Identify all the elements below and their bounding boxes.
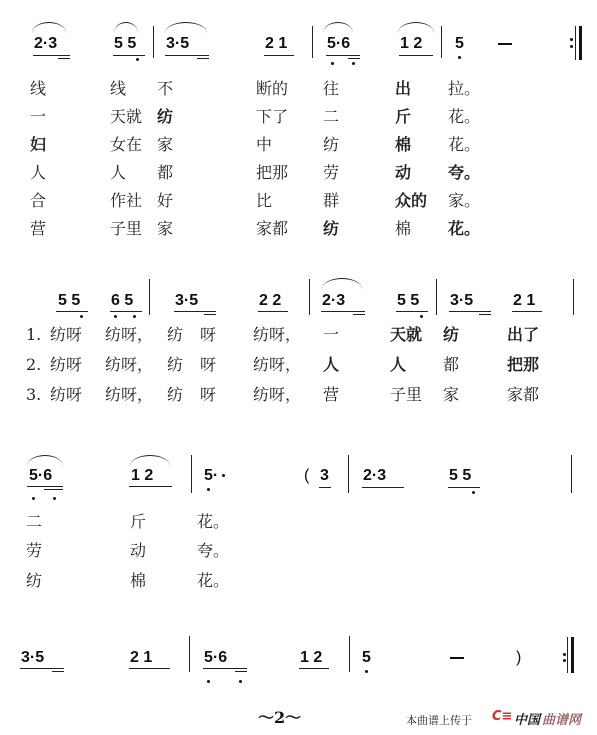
barline bbox=[191, 455, 192, 493]
lyric: 不 bbox=[157, 80, 173, 98]
lyric: 纺呀 bbox=[50, 356, 82, 374]
lyric: 呀 bbox=[200, 356, 216, 374]
lyric: 合 bbox=[30, 192, 46, 210]
lyric: 花。 bbox=[448, 136, 480, 154]
slur bbox=[114, 22, 138, 33]
lyric: 动 bbox=[130, 542, 146, 560]
underline bbox=[174, 311, 216, 312]
underline bbox=[264, 55, 294, 56]
note-group: 5·6 bbox=[327, 35, 350, 53]
repeat-dot bbox=[570, 45, 573, 48]
lyric: 家都 bbox=[507, 386, 539, 404]
dash bbox=[498, 43, 512, 45]
slur bbox=[323, 22, 353, 33]
underline bbox=[204, 314, 216, 315]
lyric: 家 bbox=[157, 136, 173, 154]
augmentation-dot bbox=[222, 474, 225, 477]
underline bbox=[362, 487, 404, 488]
note-group: 3·5 bbox=[175, 292, 198, 310]
lyric: 纺 bbox=[167, 386, 183, 404]
lyric: 线 bbox=[110, 80, 126, 98]
final-barline bbox=[571, 637, 574, 673]
lyric: 纺呀， bbox=[105, 356, 153, 374]
note-group: 2 1 bbox=[265, 35, 287, 53]
lyric: 营 bbox=[323, 386, 339, 404]
lyric: 都 bbox=[157, 164, 173, 182]
low-octave-dot bbox=[207, 680, 210, 683]
lyric: 纺呀， bbox=[105, 386, 153, 404]
lyric: 斤 bbox=[130, 513, 146, 531]
low-octave-dot bbox=[53, 497, 56, 500]
verse-number: 3. bbox=[26, 386, 41, 404]
lyric: 天就 bbox=[390, 326, 422, 344]
lyric: 劳 bbox=[323, 164, 339, 182]
low-octave-dot bbox=[207, 488, 210, 491]
slur bbox=[398, 22, 434, 33]
note-group: 2·3 bbox=[322, 292, 345, 310]
lyric: 线 bbox=[30, 80, 46, 98]
lyric: 花。 bbox=[448, 220, 480, 238]
lyric: 纺呀， bbox=[253, 356, 301, 374]
low-octave-dot bbox=[80, 315, 83, 318]
lyric: 出 bbox=[395, 80, 411, 98]
lyric: 夸。 bbox=[448, 164, 480, 182]
low-octave-dot bbox=[365, 670, 368, 673]
note-group: 2 2 bbox=[259, 292, 281, 310]
low-octave-dot bbox=[331, 62, 334, 65]
lyric: 一 bbox=[323, 326, 339, 344]
lyric: 女在 bbox=[110, 136, 142, 154]
lyric: 人 bbox=[30, 164, 46, 182]
underline bbox=[52, 671, 64, 672]
underline bbox=[110, 311, 142, 312]
slur bbox=[27, 455, 63, 466]
lyric: 好 bbox=[157, 192, 173, 210]
lyric: 二 bbox=[26, 513, 42, 531]
lyric: 营 bbox=[30, 220, 46, 238]
repeat-dot bbox=[563, 659, 566, 662]
verse-number: 1. bbox=[26, 326, 41, 344]
lyric: 纺 bbox=[26, 572, 42, 590]
lyric: 夸。 bbox=[197, 542, 229, 560]
paren-open: ( bbox=[304, 467, 309, 485]
underline bbox=[129, 486, 172, 487]
note-group: 5·6 bbox=[29, 467, 52, 485]
lyric: 出了 bbox=[507, 326, 539, 344]
note: 3 bbox=[320, 467, 329, 485]
page-number: ～2～ bbox=[258, 705, 301, 728]
lyric: 纺 bbox=[443, 326, 459, 344]
barline bbox=[575, 26, 576, 60]
upload-notice: 本曲谱上传于 bbox=[406, 712, 472, 728]
lyric: 动 bbox=[395, 164, 411, 182]
underline bbox=[113, 55, 145, 56]
underline bbox=[353, 314, 365, 315]
low-octave-dot bbox=[32, 497, 35, 500]
underline bbox=[258, 311, 288, 312]
lyric: 都 bbox=[443, 356, 459, 374]
low-octave-dot bbox=[472, 491, 475, 494]
underline bbox=[479, 314, 491, 315]
underline bbox=[203, 668, 247, 669]
slur bbox=[165, 22, 207, 33]
lyric: 家 bbox=[443, 386, 459, 404]
barline bbox=[312, 26, 313, 58]
barline bbox=[349, 636, 350, 672]
underline bbox=[197, 58, 209, 59]
lyric: 往 bbox=[323, 80, 339, 98]
underline bbox=[165, 55, 209, 56]
barline bbox=[436, 279, 437, 315]
underline bbox=[449, 311, 491, 312]
underline bbox=[399, 55, 433, 56]
lyric: 作社 bbox=[110, 192, 142, 210]
repeat-dot bbox=[570, 38, 573, 41]
underline bbox=[512, 311, 542, 312]
note-group: 5 5 bbox=[114, 35, 136, 53]
slur bbox=[130, 455, 170, 466]
note-group: 2 1 bbox=[130, 649, 152, 667]
note-group: 1 2 bbox=[400, 35, 422, 53]
note-group: 5 5 bbox=[58, 292, 80, 310]
lyric: 断的 bbox=[256, 80, 288, 98]
note-group: 3·5 bbox=[166, 35, 189, 53]
lyric: 中 bbox=[256, 136, 272, 154]
note-group: 1 2 bbox=[300, 649, 322, 667]
lyric: 子里 bbox=[390, 386, 422, 404]
lyric: 一 bbox=[30, 108, 46, 126]
lyric: 把那 bbox=[507, 356, 539, 374]
lyric: 拉。 bbox=[448, 80, 480, 98]
low-octave-dot bbox=[114, 315, 117, 318]
site-logo-text-b: 曲谱网 bbox=[542, 709, 581, 728]
lyric: 纺 bbox=[167, 326, 183, 344]
barline bbox=[189, 636, 190, 672]
barline bbox=[441, 26, 442, 58]
low-octave-dot bbox=[352, 62, 355, 65]
barline bbox=[309, 279, 310, 315]
lyric: 天就 bbox=[110, 108, 142, 126]
low-octave-dot bbox=[458, 56, 461, 59]
low-octave-dot bbox=[133, 315, 136, 318]
lyric: 人 bbox=[323, 356, 339, 374]
lyric: 花。 bbox=[197, 513, 229, 531]
barline bbox=[153, 26, 154, 58]
lyric: 人 bbox=[110, 164, 126, 182]
barline bbox=[573, 279, 574, 315]
lyric: 呀 bbox=[200, 386, 216, 404]
underline bbox=[56, 311, 88, 312]
note-group: 5 5 bbox=[449, 467, 471, 485]
note-group: 2·3 bbox=[34, 35, 57, 53]
lyric: 纺 bbox=[323, 220, 339, 238]
lyric: 纺 bbox=[323, 136, 339, 154]
lyric: 群 bbox=[323, 192, 339, 210]
lyric: 妇 bbox=[30, 136, 46, 154]
underline bbox=[235, 671, 247, 672]
lyric: 纺 bbox=[167, 356, 183, 374]
lyric: 家 bbox=[157, 220, 173, 238]
note: 5 bbox=[455, 35, 464, 53]
lyric: 众的 bbox=[395, 192, 427, 210]
lyric: 下了 bbox=[256, 108, 288, 126]
lyric: 二 bbox=[323, 108, 339, 126]
underline bbox=[299, 668, 329, 669]
lyric: 纺呀 bbox=[50, 326, 82, 344]
note-group: 2 1 bbox=[513, 292, 535, 310]
dash bbox=[450, 657, 464, 659]
underline bbox=[27, 486, 63, 487]
note-group: 1 2 bbox=[131, 467, 153, 485]
lyric: 家。 bbox=[448, 192, 480, 210]
underline bbox=[44, 489, 63, 490]
barline bbox=[348, 455, 349, 493]
note-group: 3·5 bbox=[450, 292, 473, 310]
barline bbox=[149, 279, 150, 315]
lyric: 花。 bbox=[197, 572, 229, 590]
barline bbox=[571, 455, 572, 493]
site-logo-icon: C≡ bbox=[492, 709, 512, 724]
lyric: 比 bbox=[256, 192, 272, 210]
note: 5 bbox=[362, 649, 371, 667]
underline bbox=[321, 311, 365, 312]
lyric: 棉 bbox=[130, 572, 146, 590]
lyric: 呀 bbox=[200, 326, 216, 344]
repeat-dot bbox=[563, 653, 566, 656]
lyric: 斤 bbox=[395, 108, 411, 126]
lyric: 纺呀 bbox=[50, 386, 82, 404]
underline bbox=[20, 668, 64, 669]
note-group: 3·5 bbox=[21, 649, 44, 667]
underline bbox=[326, 55, 360, 56]
underline bbox=[129, 668, 170, 669]
lyric: 棉 bbox=[395, 136, 411, 154]
note-group: 2·3 bbox=[363, 467, 386, 485]
low-octave-dot bbox=[420, 315, 423, 318]
final-barline bbox=[579, 26, 582, 60]
lyric: 纺呀， bbox=[253, 326, 301, 344]
barline bbox=[567, 637, 568, 673]
note-group: 5·6 bbox=[204, 649, 227, 667]
underline bbox=[396, 311, 428, 312]
lyric: 棉 bbox=[395, 220, 411, 238]
lyric: 把那 bbox=[256, 164, 288, 182]
underline bbox=[33, 55, 70, 56]
paren-close: ) bbox=[516, 649, 521, 667]
low-octave-dot bbox=[136, 58, 139, 61]
underline bbox=[348, 58, 360, 59]
lyric: 家都 bbox=[256, 220, 288, 238]
lyric: 纺呀， bbox=[253, 386, 301, 404]
lyric: 劳 bbox=[26, 542, 42, 560]
low-octave-dot bbox=[239, 680, 242, 683]
underline bbox=[448, 487, 480, 488]
lyric: 花。 bbox=[448, 108, 480, 126]
verse-number: 2. bbox=[26, 356, 41, 374]
slur bbox=[32, 22, 66, 33]
lyric: 纺呀， bbox=[105, 326, 153, 344]
site-logo-text-a: 中国 bbox=[514, 709, 540, 728]
underline bbox=[319, 487, 331, 488]
underline bbox=[58, 58, 70, 59]
note-group: 6 5 bbox=[111, 292, 133, 310]
note: 5· bbox=[204, 467, 218, 485]
lyric: 子里 bbox=[110, 220, 142, 238]
note-group: 5 5 bbox=[397, 292, 419, 310]
slur bbox=[322, 278, 362, 289]
lyric: 人 bbox=[390, 356, 406, 374]
lyric: 纺 bbox=[157, 108, 173, 126]
